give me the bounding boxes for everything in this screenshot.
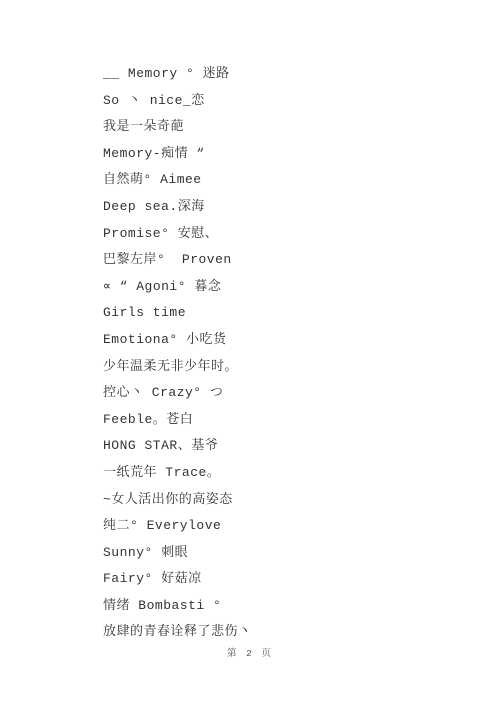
nickname-line: Emotiona° 小吃货 (103, 327, 480, 354)
nickname-line: Memory-痴情 “ (103, 141, 480, 168)
nickname-line: 放肆的青春诠释了悲伤丶 (103, 619, 480, 646)
nickname-line: 控心丶 Crazy° つ (103, 380, 480, 407)
nickname-line: __ Memory ° 迷路 (103, 61, 480, 88)
nickname-line: Promise° 安慰、 (103, 221, 480, 248)
nickname-line: 一纸荒年 Trace。 (103, 460, 480, 487)
nickname-line: So 丶 nice_恋 (103, 88, 480, 115)
nickname-line: 我是一朵奇葩 (103, 114, 480, 141)
nickname-list: __ Memory ° 迷路 So 丶 nice_恋 我是一朵奇葩 Memory… (103, 61, 480, 646)
nickname-line: 巴黎左岸° Proven (103, 247, 480, 274)
nickname-line: 纯二° Everylove (103, 513, 480, 540)
nickname-line: HONG STAR、基爷 (103, 433, 480, 460)
nickname-line: Fairy° 好菇凉 (103, 566, 480, 593)
document-page: __ Memory ° 迷路 So 丶 nice_恋 我是一朵奇葩 Memory… (0, 0, 500, 708)
nickname-line: ∝ “ Agoni° 暮念 (103, 274, 480, 301)
nickname-line: Sunny° 刺眼 (103, 540, 480, 567)
nickname-line: Deep sea.深海 (103, 194, 480, 221)
nickname-line: 少年温柔无非少年时。 (103, 354, 480, 381)
nickname-line: 自然萌° Aimee (103, 167, 480, 194)
nickname-line: Girls time (103, 300, 480, 327)
page-number: 第 2 页 (0, 645, 500, 659)
nickname-line: ~女人活出你的高姿态 (103, 487, 480, 514)
nickname-line: 情绪 Bombasti ° (103, 593, 480, 620)
nickname-line: Feeble。苍白 (103, 407, 480, 434)
